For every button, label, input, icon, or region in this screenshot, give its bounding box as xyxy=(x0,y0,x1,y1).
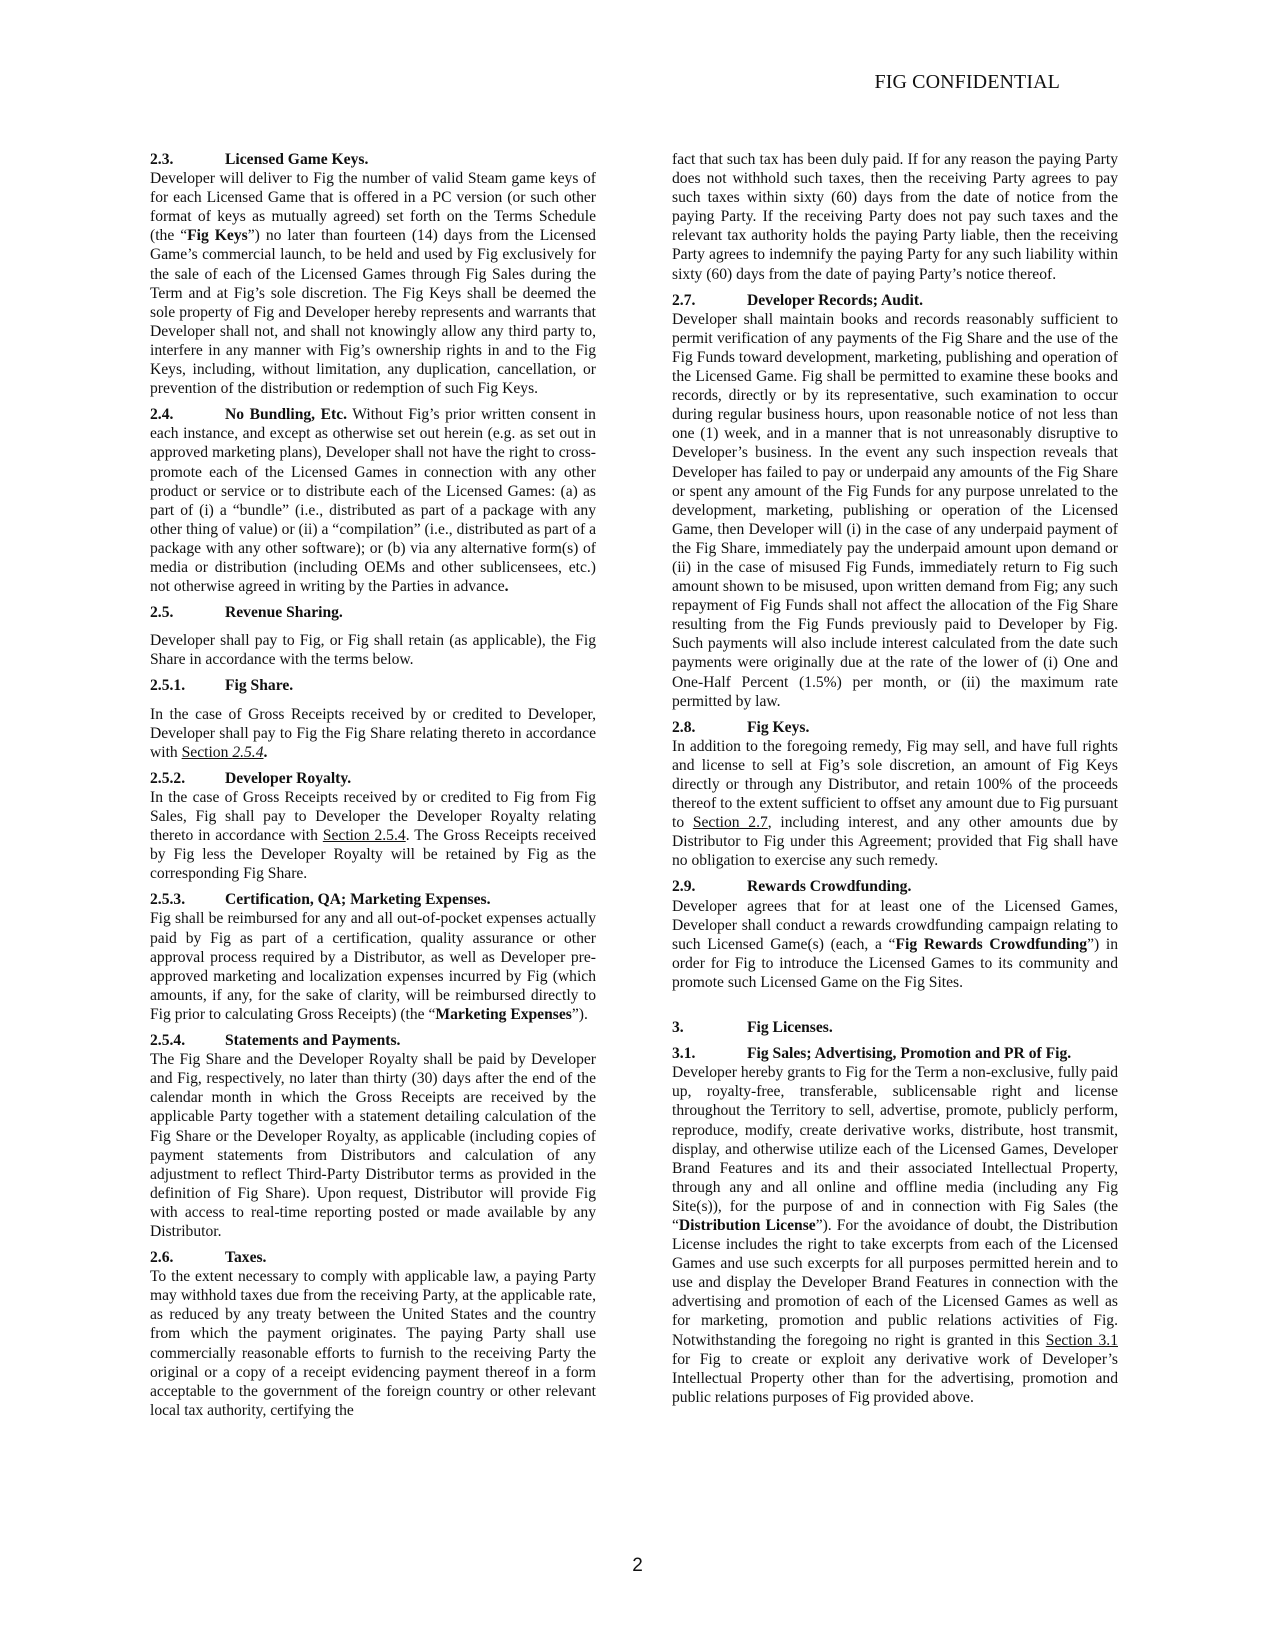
section-3-1: 3.1. Fig Sales; Advertising, Promotion a… xyxy=(672,1044,1118,1407)
section-2-8: 2.8. Fig Keys. In addition to the forego… xyxy=(672,718,1118,871)
section-title: Rewards Crowdfunding. xyxy=(747,877,911,896)
section-body: Fig shall be reimbursed for any and all … xyxy=(150,909,596,1024)
section-heading: 2.8. Fig Keys. xyxy=(672,718,1118,737)
section-heading: 3.1. Fig Sales; Advertising, Promotion a… xyxy=(672,1044,1118,1063)
section-title: Revenue Sharing. xyxy=(225,603,343,622)
section-heading: 2.9. Rewards Crowdfunding. xyxy=(672,877,1118,896)
section-reference-link[interactable]: Section 2.5.4 xyxy=(182,744,264,761)
section-title: Licensed Game Keys. xyxy=(225,150,368,169)
section-number: 3. xyxy=(672,1018,747,1037)
defined-term: Fig Rewards Crowdfunding xyxy=(895,936,1087,953)
section-number: 2.9. xyxy=(672,877,747,896)
defined-term: Fig Keys xyxy=(187,227,248,244)
page-number: 2 xyxy=(0,1555,1275,1577)
section-number: 2.5.4. xyxy=(150,1031,225,1050)
section-number: 2.8. xyxy=(672,718,747,737)
xref-number: 2.5.4 xyxy=(232,744,263,761)
right-column: fact that such tax has been duly paid. I… xyxy=(672,150,1118,1414)
section-body: Developer shall pay to Fig, or Fig shall… xyxy=(150,631,596,669)
section-2-6: 2.6. Taxes. To the extent necessary to c… xyxy=(150,1248,596,1420)
section-reference-link[interactable]: Section 2.5.4 xyxy=(323,827,406,844)
section-2-5-2: 2.5.2. Developer Royalty. In the case of… xyxy=(150,769,596,884)
section-body: Developer hereby grants to Fig for the T… xyxy=(672,1063,1118,1407)
section-2-9: 2.9. Rewards Crowdfunding. Developer agr… xyxy=(672,877,1118,992)
section-reference-link[interactable]: Section 3.1 xyxy=(1046,1332,1118,1349)
section-title: Fig Sales; Advertising, Promotion and PR… xyxy=(747,1044,1071,1063)
section-2-5: 2.5. Revenue Sharing. Developer shall pa… xyxy=(150,603,596,669)
section-body: In the case of Gross Receipts received b… xyxy=(150,788,596,883)
body-text: for Fig to create or exploit any derivat… xyxy=(672,1351,1118,1406)
defined-term: Marketing Expenses xyxy=(435,1006,571,1023)
section-heading: 2.5.2. Developer Royalty. xyxy=(150,769,596,788)
section-number: 2.5.3. xyxy=(150,890,225,909)
section-heading: 2.5.3. Certification, QA; Marketing Expe… xyxy=(150,890,596,909)
section-3: 3. Fig Licenses. xyxy=(672,1018,1118,1037)
section-2-7: 2.7. Developer Records; Audit. Developer… xyxy=(672,291,1118,711)
section-reference-link[interactable]: Section 2.7 xyxy=(693,814,768,831)
section-body: In addition to the foregoing remedy, Fig… xyxy=(672,737,1118,871)
body-text: ”). xyxy=(572,1006,588,1023)
section-body: Developer agrees that for at least one o… xyxy=(672,897,1118,992)
section-number: 2.5.1. xyxy=(150,676,225,695)
section-heading: 2.5.4. Statements and Payments. xyxy=(150,1031,596,1050)
section-2-5-3: 2.5.3. Certification, QA; Marketing Expe… xyxy=(150,890,596,1024)
punctuation: . xyxy=(264,744,268,761)
section-body: To the extent necessary to comply with a… xyxy=(150,1267,596,1420)
section-heading: 2.5. Revenue Sharing. xyxy=(150,603,596,622)
section-body: Developer shall maintain books and recor… xyxy=(672,310,1118,711)
confidentiality-header: FIG CONFIDENTIAL xyxy=(875,71,1060,94)
section-body: 2.4.No Bundling, Etc. Without Fig’s prio… xyxy=(150,405,596,596)
section-heading: 2.5.1. Fig Share. xyxy=(150,676,596,695)
punctuation: . xyxy=(505,578,509,595)
section-body: Developer will deliver to Fig the number… xyxy=(150,169,596,398)
section-number: 2.3. xyxy=(150,150,225,169)
section-2-5-1: 2.5.1. Fig Share. In the case of Gross R… xyxy=(150,676,596,761)
section-heading: 2.4.No Bundling, Etc. xyxy=(150,406,347,423)
section-heading: 3. Fig Licenses. xyxy=(672,1018,1118,1037)
body-text: Without Fig’s prior written consent in e… xyxy=(150,406,596,595)
section-title: Certification, QA; Marketing Expenses. xyxy=(225,890,491,909)
section-title: Fig Licenses. xyxy=(747,1018,833,1037)
left-column: 2.3. Licensed Game Keys. Developer will … xyxy=(150,150,596,1427)
section-number: 2.6. xyxy=(150,1248,225,1267)
section-number: 2.4. xyxy=(150,405,225,424)
xref-label: Section xyxy=(182,744,233,761)
section-number: 2.5.2. xyxy=(150,769,225,788)
section-heading: 2.3. Licensed Game Keys. xyxy=(150,150,596,169)
section-title: Fig Keys. xyxy=(747,718,809,737)
section-number: 2.7. xyxy=(672,291,747,310)
section-title: Developer Royalty. xyxy=(225,769,351,788)
section-2-4: 2.4.No Bundling, Etc. Without Fig’s prio… xyxy=(150,405,596,596)
section-title: Taxes. xyxy=(225,1248,266,1267)
section-heading: 2.7. Developer Records; Audit. xyxy=(672,291,1118,310)
section-title: Fig Share. xyxy=(225,676,293,695)
body-text: ”). For the avoidance of doubt, the Dist… xyxy=(672,1217,1118,1349)
section-number: 2.5. xyxy=(150,603,225,622)
section-heading: 2.6. Taxes. xyxy=(150,1248,596,1267)
section-title: Statements and Payments. xyxy=(225,1031,400,1050)
body-text: ”) no later than fourteen (14) days from… xyxy=(150,227,596,397)
section-title: Developer Records; Audit. xyxy=(747,291,923,310)
section-number: 3.1. xyxy=(672,1044,747,1063)
section-2-5-4: 2.5.4. Statements and Payments. The Fig … xyxy=(150,1031,596,1241)
section-2-6-continued: fact that such tax has been duly paid. I… xyxy=(672,150,1118,284)
section-body: In the case of Gross Receipts received b… xyxy=(150,705,596,762)
defined-term: Distribution License xyxy=(679,1217,816,1234)
section-2-3: 2.3. Licensed Game Keys. Developer will … xyxy=(150,150,596,398)
section-body: fact that such tax has been duly paid. I… xyxy=(672,150,1118,284)
body-text: Developer hereby grants to Fig for the T… xyxy=(672,1064,1118,1234)
section-title: No Bundling, Etc. xyxy=(225,406,347,423)
section-body: The Fig Share and the Developer Royalty … xyxy=(150,1050,596,1241)
